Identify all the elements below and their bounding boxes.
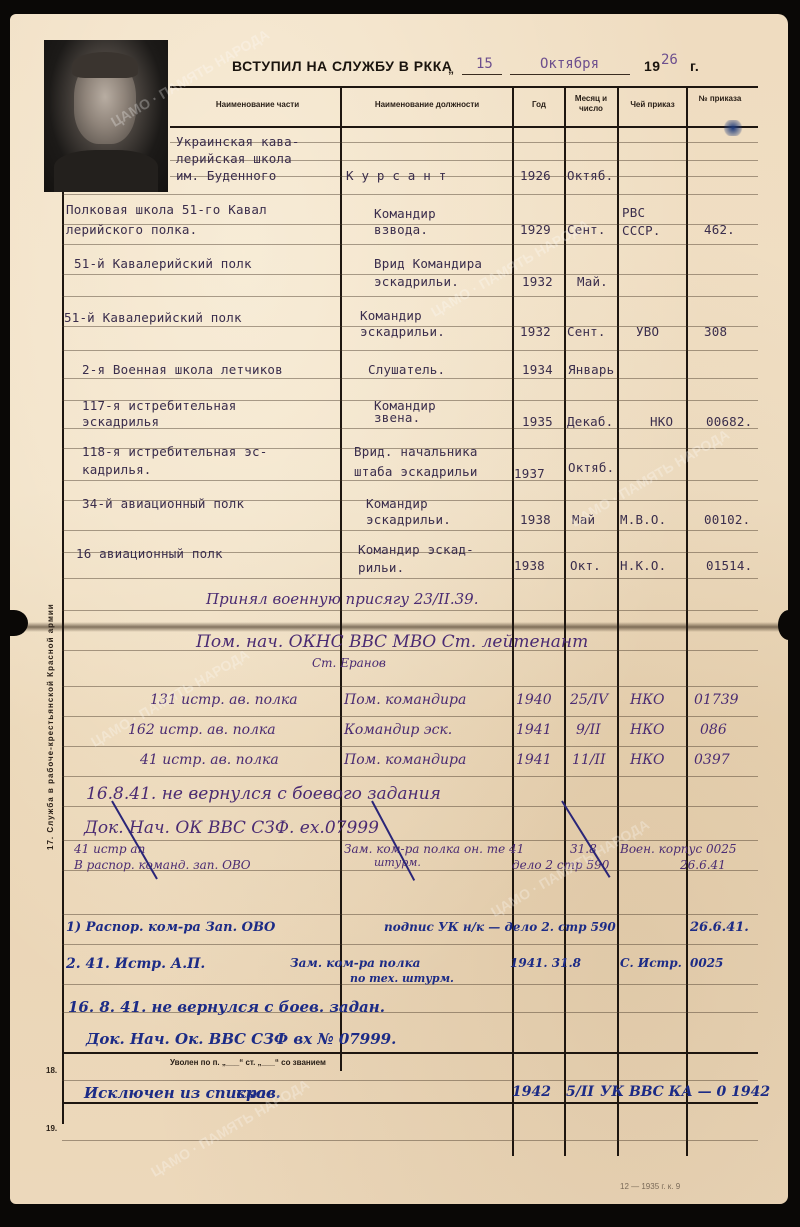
row1-unit-line1: Полковая школа 51-го Кавал xyxy=(66,202,267,217)
row6-position-line2: штаба эскадрильи xyxy=(354,464,478,479)
col-divider-3 xyxy=(564,86,566,1156)
day-underline xyxy=(462,74,502,75)
rule xyxy=(62,244,758,245)
hw-row2-position: Командир эск. xyxy=(344,722,452,738)
hw-note3a: В распор. команд. зап. ОВО xyxy=(74,858,251,872)
row0-unit-line1: Украинская кава- xyxy=(176,134,300,149)
discharge-label: Уволен по п. „___“ ст. „___“ со званием xyxy=(170,1058,326,1067)
section-rule-19 xyxy=(62,1102,758,1104)
row2-month: Май. xyxy=(577,274,608,289)
row0-unit-line2: лерийская школа xyxy=(176,151,292,166)
hw-note3d: 26.6.41 xyxy=(680,858,726,872)
hw-row3-year: 1941 xyxy=(516,752,552,768)
col-header-position: Наименование должности xyxy=(342,100,512,110)
fold-tear-left xyxy=(0,610,28,636)
hw-row1-by: НКО xyxy=(630,692,665,708)
row6-month: Октяб. xyxy=(568,460,614,475)
print-code: 12 — 1935 г. к. 9 xyxy=(620,1182,680,1191)
entry-day: 15 xyxy=(476,56,493,72)
hw-row2-unit: 162 истр. ав. полка xyxy=(128,722,276,738)
year-unit: г. xyxy=(690,58,699,74)
hw-row1-order: 01739 xyxy=(694,692,739,708)
portrait-photo xyxy=(44,40,168,192)
hw-note4a: 1) Распор. ком-ра Зап. ОВО xyxy=(66,920,275,935)
row3-month: Сент. xyxy=(567,324,606,339)
header-bottom-rule xyxy=(170,126,758,128)
row5-unit-line2: эскадрилья xyxy=(82,414,159,429)
rule xyxy=(62,1140,758,1141)
row3-unit: 51-й Кавалерийский полк xyxy=(64,310,242,325)
row1-year: 1929 xyxy=(520,222,551,237)
hw-note3b: штурм. xyxy=(374,856,421,869)
row4-unit: 2-я Военная школа летчиков xyxy=(82,362,283,377)
col-header-order-no: № приказа xyxy=(690,94,750,104)
hw-note2a: 41 истр ап xyxy=(74,842,145,856)
row4-month: Январь xyxy=(568,362,614,377)
row8-year: 1938 xyxy=(514,558,545,573)
row8-position-line2: рильи. xyxy=(358,560,404,575)
rule xyxy=(62,716,758,717)
fold-tear-right xyxy=(778,610,800,640)
rule xyxy=(62,944,758,945)
hw-note6a: 16. 8. 41. не вернулся с боев. задан. xyxy=(68,998,385,1016)
row6-year: 1937 xyxy=(514,466,545,481)
col-header-by: Чей приказ xyxy=(619,100,686,110)
quote-mark: „ xyxy=(448,62,454,76)
hw-row2-by: НКО xyxy=(630,722,665,738)
discharge-year: 1942 xyxy=(512,1084,551,1100)
rule xyxy=(62,378,758,379)
entry-year-suffix: 26 xyxy=(661,52,678,68)
hw-row3-position: Пом. командира xyxy=(344,752,466,768)
section-17-side-label: 17. Служба в рабоче-крестьянской Красной… xyxy=(46,603,55,850)
hw-note5d: 1941. 31.8 xyxy=(510,956,581,970)
hw-note2b: Зам. ком-ра полка он. те 41 xyxy=(344,842,524,856)
row4-position: Слушатель. xyxy=(368,362,445,377)
hw-note4c: 26.6.41. xyxy=(690,920,749,935)
row2-year: 1932 xyxy=(522,274,553,289)
row8-month: Окт. xyxy=(570,558,601,573)
row7-by: М.В.О. xyxy=(620,512,666,527)
rule xyxy=(62,746,758,747)
rule xyxy=(62,578,758,579)
discharge-ref: УК ВВС КА — 0 1942 xyxy=(600,1084,770,1100)
row8-order: 01514. xyxy=(706,558,752,573)
hw-row3-order: 0397 xyxy=(694,752,730,768)
hw-row2-year: 1941 xyxy=(516,722,552,738)
ink-blot xyxy=(722,120,744,136)
rule xyxy=(62,350,758,351)
row3-position-line1: Командир xyxy=(360,308,422,323)
row5-position-line2: звена. xyxy=(374,410,420,425)
row2-position-line1: Врид Командира xyxy=(374,256,482,271)
hw-row3-month: 11/II xyxy=(572,752,606,768)
row0-month: Октяб. xyxy=(567,168,613,183)
hw-note5e: С. Истр. xyxy=(620,956,682,970)
row1-position-line2: взвода. xyxy=(374,222,428,237)
oath-note: Принял военную присягу 23/II.39. xyxy=(206,590,478,608)
row-19-number: 19. xyxy=(46,1124,57,1133)
row1-position-line1: Командир xyxy=(374,206,436,221)
row8-position-line1: Командир эскад- xyxy=(358,542,474,557)
hw-row1-position: Пом. командира xyxy=(344,692,466,708)
service-entry-title: ВСТУПИЛ НА СЛУЖБУ В РККА xyxy=(232,58,452,74)
row7-order: 00102. xyxy=(704,512,750,527)
discharge-month: 5/II xyxy=(566,1084,594,1100)
hw-row1-month: 25/IV xyxy=(570,692,608,708)
hw-note5b: Зам. ком-ра полка xyxy=(290,956,420,970)
row7-position-line1: Командир xyxy=(366,496,428,511)
uniform-collar xyxy=(54,150,158,192)
hw-row2-month: 9/II xyxy=(576,722,601,738)
row5-month: Декаб. xyxy=(567,414,613,429)
row2-position-line2: эскадрильи. xyxy=(374,274,459,289)
hw-note2d: Воен. корпус 0025 xyxy=(620,842,737,856)
row8-by: Н.К.О. xyxy=(620,558,666,573)
handwritten-line2a: Пом. нач. ОКНС ВВС МВО Ст. лейтенант xyxy=(196,632,588,652)
row3-position-line2: эскадрильи. xyxy=(360,324,445,339)
row5-by: НКО xyxy=(650,414,673,429)
month-underline xyxy=(510,74,630,75)
personnel-record-card xyxy=(10,14,788,1204)
row1-order: 462. xyxy=(704,222,735,237)
rule xyxy=(62,530,758,531)
hw-row3-unit: 41 истр. ав. полка xyxy=(140,752,279,768)
paper-fold-crease xyxy=(10,622,788,632)
entry-month: Октября xyxy=(540,56,599,72)
row5-order: 00682. xyxy=(706,414,752,429)
handwritten-line2b: Ст. Еранов xyxy=(312,656,386,670)
hw-note5c: по тех. штурм. xyxy=(350,972,454,985)
rule xyxy=(62,840,758,841)
col-divider-5 xyxy=(686,86,688,1156)
rule xyxy=(62,776,758,777)
hw-note5a: 2. 41. Истр. А.П. xyxy=(66,956,205,972)
row0-unit-line3: им. Буденного xyxy=(176,168,276,183)
col-header-year: Год xyxy=(514,100,564,110)
hw-note4b: подпис УК н/к — дело 2. стр 590 xyxy=(384,920,616,934)
hw-note5f: 0025 xyxy=(690,956,723,970)
hw-row3-by: НКО xyxy=(630,752,665,768)
row0-year: 1926 xyxy=(520,168,551,183)
year-prefix: 19 xyxy=(644,58,661,74)
col-header-unit: Наименование части xyxy=(175,100,340,110)
hw-row2-order: 086 xyxy=(700,722,727,738)
row5-unit-line1: 117-я истребительная xyxy=(82,398,237,413)
row6-position-line1: Врид. начальника xyxy=(354,444,478,459)
rule xyxy=(62,686,758,687)
col-divider-2 xyxy=(512,86,514,1156)
row3-order: 308 xyxy=(704,324,727,339)
row3-by: УВО xyxy=(636,324,659,339)
row1-unit-line2: лерийского полка. xyxy=(66,222,197,237)
rule xyxy=(62,806,758,807)
col-divider-4 xyxy=(617,86,619,1156)
table-top-rule xyxy=(170,86,758,88)
rule xyxy=(62,914,758,915)
row8-unit: 16 авиационный полк xyxy=(76,546,223,561)
hw-note1a: 16.8.41. не вернулся с боевого задания xyxy=(86,784,441,804)
row7-unit: 34-й авиационный полк xyxy=(82,496,244,511)
row-18-number: 18. xyxy=(46,1066,57,1075)
row0-position: К у р с а н т xyxy=(346,168,446,183)
rule xyxy=(62,610,758,611)
rule xyxy=(62,194,758,195)
hair xyxy=(72,52,138,78)
hw-note6b: Док. Нач. Ок. ВВС СЗФ вх № 07999. xyxy=(86,1030,396,1048)
row3-year: 1932 xyxy=(520,324,551,339)
row6-unit-line2: кадрилья. xyxy=(82,462,152,477)
row4-year: 1934 xyxy=(522,362,553,377)
row1-by: РВС СССР. xyxy=(622,204,684,240)
row7-position-line2: эскадрильи. xyxy=(366,512,451,527)
row7-year: 1938 xyxy=(520,512,551,527)
hw-row1-year: 1940 xyxy=(516,692,552,708)
row5-year: 1935 xyxy=(522,414,553,429)
col-header-month: Месяц и число xyxy=(566,94,616,114)
section-rule-18 xyxy=(62,1052,758,1054)
rule xyxy=(62,1080,758,1081)
rule xyxy=(62,296,758,297)
row2-unit: 51-й Кавалерийский полк xyxy=(74,256,252,271)
row6-unit-line1: 118-я истребительная эс- xyxy=(82,444,267,459)
